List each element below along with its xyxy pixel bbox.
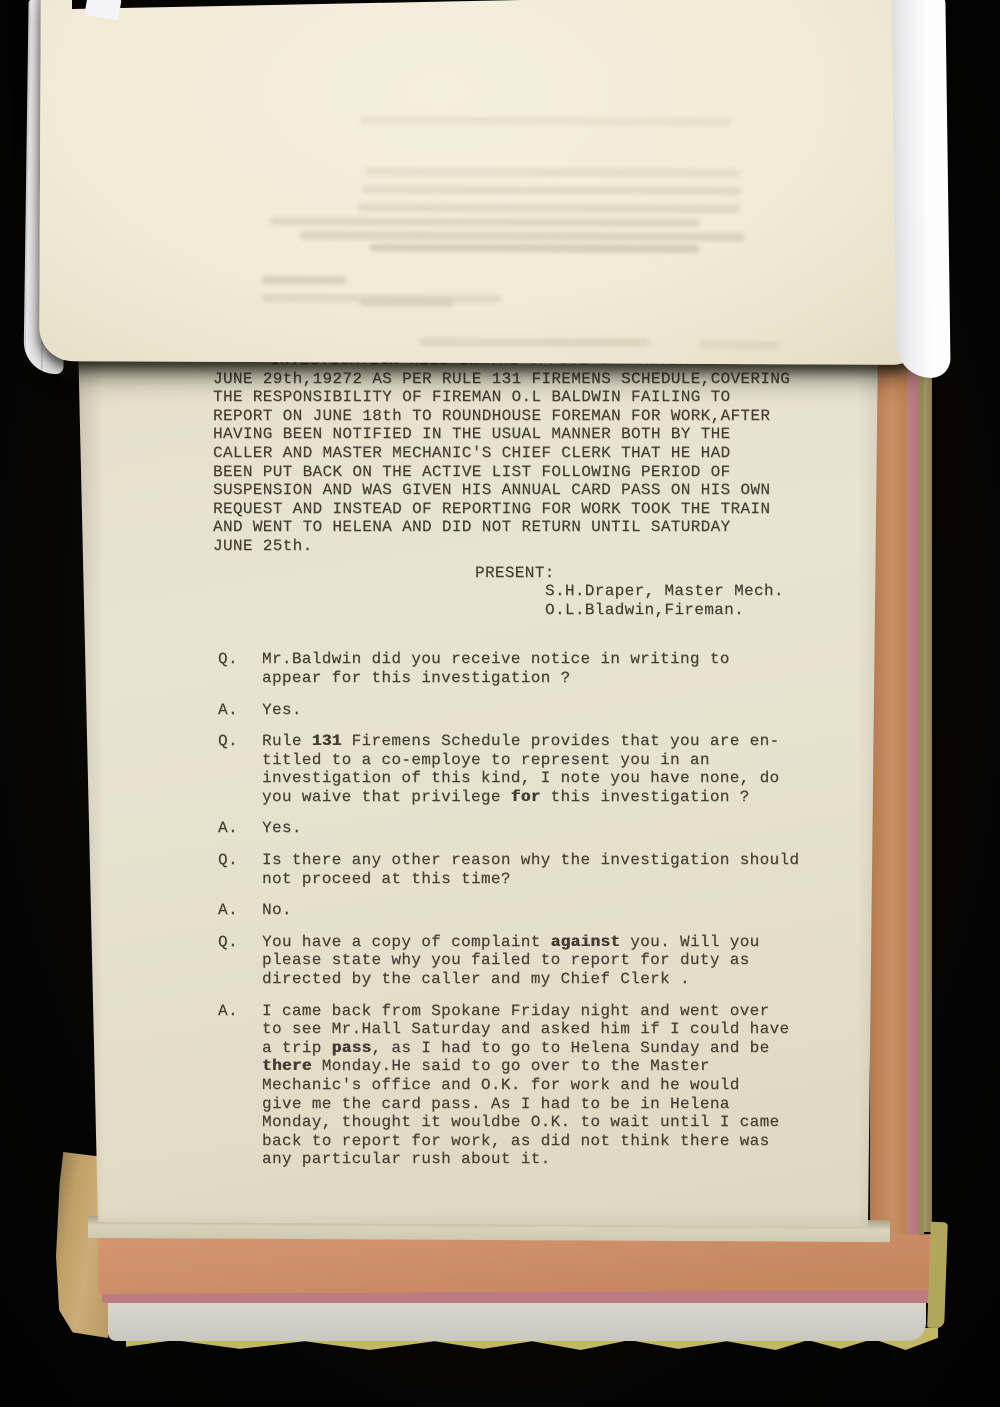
bleed-through-text — [370, 244, 700, 253]
qa-speaker-label: A. — [218, 901, 262, 920]
bleed-through-text — [359, 299, 454, 307]
qa-speaker-label: Q. — [218, 650, 262, 687]
typed-line: back to report for work, as did not thin… — [262, 1132, 789, 1151]
typed-line: Yes. — [262, 819, 302, 838]
bleed-through-text — [360, 116, 730, 126]
typed-line: BEEN PUT BACK ON THE ACTIVE LIST FOLLOWI… — [213, 463, 878, 482]
typed-line: there Monday.He said to go over to the M… — [262, 1057, 789, 1076]
typed-line: CALLER AND MASTER MECHANIC'S CHIEF CLERK… — [213, 444, 878, 463]
typed-line: not proceed at this time? — [262, 870, 799, 889]
bleed-through-text — [300, 231, 745, 241]
qa-text: Yes. — [262, 701, 302, 720]
qa-item: A.I came back from Spokane Friday night … — [213, 1002, 878, 1169]
bleed-through-text — [262, 276, 347, 284]
background-top-wedge — [72, 0, 522, 9]
qa-item: Q.Mr.Baldwin did you receive notice in w… — [213, 650, 878, 687]
bleed-through-text — [261, 294, 501, 303]
attendee-list: S.H.Draper, Master Mech.O.L.Bladwin,Fire… — [545, 582, 878, 619]
qa-speaker-label: Q. — [218, 851, 262, 888]
typed-line: AND WENT TO HELENA AND DID NOT RETURN UN… — [213, 518, 878, 537]
typed-line: Monday, thought it wouldbe O.K. to wait … — [262, 1113, 789, 1132]
page-corner-sliver — [84, 0, 121, 21]
typed-content: INVESTIGATION HELD IN THE OFFICE OF MAST… — [78, 338, 878, 1169]
bleed-through-text — [365, 167, 740, 177]
typed-line: Mr.Baldwin did you receive notice in wri… — [262, 650, 730, 669]
typed-line: a trip pass, as I had to go to Helena Su… — [262, 1039, 789, 1058]
qa-text: You have a copy of complaint against you… — [262, 933, 760, 989]
typed-line: Is there any other reason why the invest… — [262, 851, 799, 870]
bleed-through-text — [270, 217, 700, 227]
qa-item: Q.You have a copy of complaint against y… — [213, 933, 878, 989]
qa-speaker-label: Q. — [218, 732, 262, 806]
typed-line: any particular rush about it. — [262, 1150, 789, 1169]
qa-speaker-label: A. — [218, 1002, 262, 1169]
typed-line: I came back from Spokane Friday night an… — [262, 1002, 789, 1021]
typed-line: REQUEST AND INSTEAD OF REPORTING FOR WOR… — [213, 500, 878, 519]
present-label: PRESENT: — [475, 564, 878, 583]
qa-text: Yes. — [262, 819, 302, 838]
page-edge-orange-bottom — [98, 1234, 940, 1294]
typed-line: appear for this investigation ? — [262, 669, 730, 688]
typed-line: Rule 131 Firemens Schedule provides that… — [262, 732, 780, 751]
typed-line: HAVING BEEN NOTIFIED IN THE USUAL MANNER… — [213, 425, 878, 444]
document-page: INVESTIGATION HELD IN THE OFFICE OF MAST… — [78, 338, 878, 1235]
opening-paragraph: JUNE 29th,19272 AS PER RULE 131 FIREMENS… — [213, 370, 878, 556]
qa-item: A.Yes. — [213, 819, 878, 838]
qa-item: A.Yes. — [213, 701, 878, 720]
typed-line: give me the card pass. As I had to be in… — [262, 1095, 789, 1114]
typed-line: directed by the caller and my Chief Cler… — [262, 970, 760, 989]
curled-page-back — [39, 0, 925, 365]
qa-item: Q.Rule 131 Firemens Schedule provides th… — [213, 732, 878, 806]
curled-page-right-edge — [891, 0, 950, 378]
qa-text: Is there any other reason why the invest… — [262, 851, 799, 888]
typed-line: to see Mr.Hall Saturday and asked him if… — [262, 1020, 789, 1039]
qa-text: Rule 131 Firemens Schedule provides that… — [262, 732, 780, 806]
typed-line: titled to a co-employe to represent you … — [262, 751, 780, 770]
typed-line: you waive that privilege for this invest… — [262, 788, 780, 807]
qa-text: No. — [262, 901, 292, 920]
clipped-header-line: INVESTIGATION HELD IN THE OFFICE OF MAST… — [270, 351, 878, 370]
typed-line: You have a copy of complaint against you… — [262, 933, 760, 952]
typed-line: REPORT ON JUNE 18th TO ROUNDHOUSE FOREMA… — [213, 407, 878, 426]
photograph-of-bound-transcript: INVESTIGATION HELD IN THE OFFICE OF MAST… — [0, 0, 1000, 1407]
typed-line: JUNE 29th,19272 AS PER RULE 131 FIREMENS… — [213, 370, 878, 389]
bleed-through-text — [362, 185, 742, 195]
typed-line: O.L.Bladwin,Fireman. — [545, 601, 878, 620]
typed-line: investigation of this kind, I note you h… — [262, 769, 780, 788]
qa-text: I came back from Spokane Friday night an… — [262, 1002, 789, 1169]
page-edge-gray-bottom — [108, 1301, 926, 1341]
qa-speaker-label: A. — [218, 701, 262, 720]
typed-line: THE RESPONSIBILITY OF FIREMAN O.L BALDWI… — [213, 388, 878, 407]
qa-text: Mr.Baldwin did you receive notice in wri… — [262, 650, 730, 687]
present-block: PRESENT: S.H.Draper, Master Mech.O.L.Bla… — [475, 564, 878, 620]
typed-line: Yes. — [262, 701, 302, 720]
qa-transcript: Q.Mr.Baldwin did you receive notice in w… — [213, 650, 878, 1169]
qa-item: A.No. — [213, 901, 878, 920]
typed-line: S.H.Draper, Master Mech. — [545, 582, 878, 601]
typed-line: please state why you failed to report fo… — [262, 951, 760, 970]
typed-line: JUNE 25th. — [213, 537, 878, 556]
bleed-through-text — [358, 203, 740, 213]
typed-line: No. — [262, 901, 292, 920]
qa-speaker-label: A. — [218, 819, 262, 838]
typed-line: SUSPENSION AND WAS GIVEN HIS ANNUAL CARD… — [213, 481, 878, 500]
qa-item: Q.Is there any other reason why the inve… — [213, 851, 878, 888]
typed-line: Mechanic's office and O.K. for work and … — [262, 1076, 789, 1095]
qa-speaker-label: Q. — [218, 933, 262, 989]
curled-page-left-edge — [23, 0, 68, 374]
page-edge-olive-corner — [927, 1222, 948, 1329]
